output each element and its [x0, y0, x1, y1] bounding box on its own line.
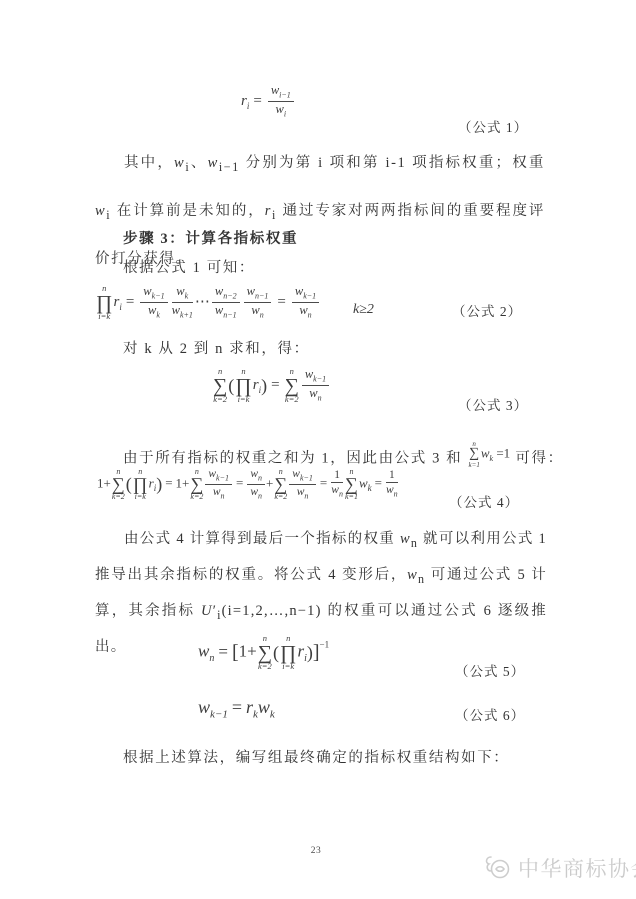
line-final-structure: 根据上述算法，编写组最终确定的指标权重结构如下： — [123, 746, 509, 767]
formula-2: n∏i=kri=wk−1wkwkwk+1⋯wn−2wn−1wn−1wn=wk−1… — [95, 284, 321, 322]
formula-3: n∑k=2(n∏i=kri)=n∑k=2wk−1wn — [212, 367, 331, 405]
formula-1-label: （公式 1） — [458, 116, 528, 136]
formula-4: 1+n∑k=2(n∏i=kri)=1+n∑k=2wk−1wn=wnwn+n∑k=… — [97, 467, 399, 502]
line-sum-over-k: 对 k 从 2 到 n 求和，得： — [123, 337, 310, 358]
formula-2-condition: k≥2 — [353, 302, 374, 318]
line-known-from-formula1: 根据公式 1 可知： — [123, 256, 255, 277]
line-weights-sum-to-one: 由于所有指标的权重之和为 1，因此由公式 3 和 n∑k=1wk =1 可得： — [123, 440, 564, 469]
formula-1: ri=wi−1wi — [241, 84, 296, 119]
document-page: ri=wi−1wi （公式 1） 其中，wi、wi−1 分别为第 i 项和第 i… — [0, 0, 636, 899]
watermark-text: 中华商标协会 — [518, 853, 636, 883]
formula-3-label: （公式 3） — [458, 394, 528, 414]
formula-5-label: （公式 5） — [455, 660, 525, 680]
formula-2-label: （公式 2） — [452, 300, 522, 320]
watermark: 中华商标协会 — [483, 853, 636, 883]
formula-4-label: （公式 4） — [449, 491, 519, 511]
formula-5: wn=[1+n∑k=2(n∏i=kri)]−1 — [198, 634, 329, 672]
formula-6-label: （公式 6） — [455, 704, 525, 724]
cta-logo-icon — [483, 853, 513, 883]
heading-step3: 步骤 3：计算各指标权重 — [123, 227, 298, 248]
page-number: 23 — [296, 846, 336, 856]
formula-6: wk−1=rkwk — [198, 697, 275, 721]
